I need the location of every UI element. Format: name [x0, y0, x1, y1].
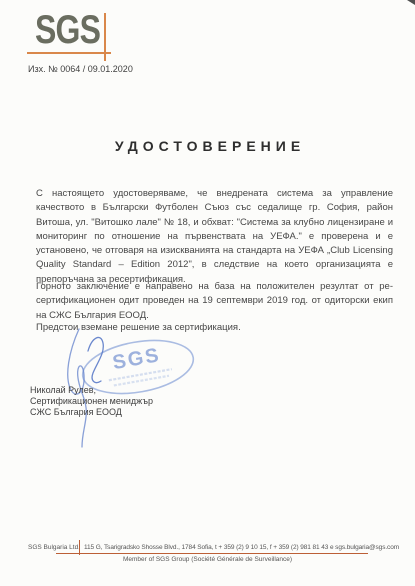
- signatory-company: СЖС България ЕООД: [30, 407, 153, 418]
- logo-crosshair-vertical-line: [104, 13, 106, 61]
- document-title: УДОСТОВЕРЕНИЕ: [0, 138, 415, 154]
- signatory-name: Николай Рулев,: [30, 385, 153, 396]
- certificate-page: SGS Изх. № 0064 / 09.01.2020 УДОСТОВЕРЕН…: [0, 0, 415, 586]
- sgs-logo-text: SGS: [35, 10, 100, 50]
- signatory-role: Сертификационен мениджър: [30, 396, 153, 407]
- scan-artifact: [407, 0, 415, 5]
- signatory-block: Николай Рулев, Сертификационен мениджър …: [30, 385, 153, 417]
- footer-address: 115 G, Tsarigradsko Shosse Blvd., 1784 S…: [84, 544, 399, 551]
- stamp-sgs-text: SGS: [111, 344, 162, 374]
- logo-crosshair-horizontal-line: [27, 52, 111, 54]
- footer-member-line: Member of SGS Group (Société Générale de…: [0, 556, 415, 563]
- sgs-logo: SGS: [0, 0, 160, 70]
- reference-number: Изх. № 0064 / 09.01.2020: [28, 64, 133, 74]
- footer-horizontal-divider: [56, 553, 368, 554]
- paragraph-certification-scope: С настоящето удостоверяваме, че внедрена…: [36, 187, 393, 287]
- paragraph-audit-basis: Горното заключение е направено на база н…: [36, 280, 393, 323]
- footer-company-name: SGS Bulgaria Ltd.: [28, 544, 75, 551]
